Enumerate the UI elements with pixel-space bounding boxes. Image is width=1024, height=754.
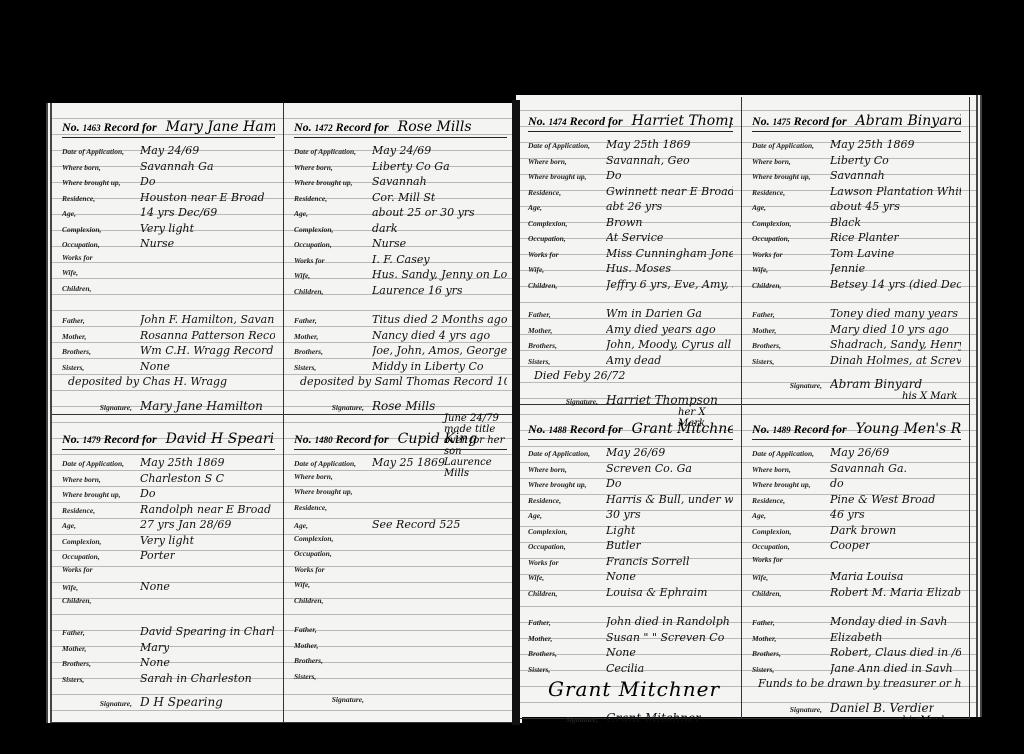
record-prefix: No. (752, 114, 770, 128)
field-label: Signature, (62, 699, 140, 708)
record-card: No. 1488 Record for Grant Mitchner Date … (518, 405, 742, 719)
field-works-for: Works for (294, 565, 507, 581)
field-value: Wm in Darien Ga (606, 307, 702, 320)
field-value: Louisa & Ephraim (606, 586, 707, 599)
field-occupation: Occupation, Rice Planter (752, 231, 961, 247)
field-date: Date of Application, May 24/69 (62, 144, 275, 160)
field-label: Mother, (294, 332, 372, 341)
record-name: Young Men's Relief Association (856, 421, 961, 437)
field-label: Mother, (752, 634, 830, 643)
field-complexion: Complexion, dark (294, 222, 507, 238)
field-value: Butler (606, 539, 641, 552)
field-value: Cor. Mill St (372, 191, 435, 204)
field-label: Father, (752, 618, 830, 627)
field-value: Savannah (372, 175, 427, 188)
field-value: Robert M. Maria Elizabeth (830, 586, 961, 599)
field-wife: Wife, Jennie (752, 262, 961, 278)
field-residence: Residence, Gwinnett near E Broad (528, 185, 733, 201)
field-label: Occupation, (62, 240, 140, 249)
signature-value: Daniel B. Verdier (830, 701, 934, 715)
record-card: No. 1475 Record for Abram Binyard Date o… (742, 97, 970, 405)
field-age: Age, abt 26 yrs (528, 200, 733, 216)
field-value: Pine & West Broad (830, 493, 935, 506)
record-header: No. 1489 Record for Young Men's Relief A… (752, 421, 961, 440)
record-name: Harriet Thompson (632, 113, 733, 129)
field-label: Occupation, (294, 240, 372, 249)
field-label: Wife, (294, 271, 372, 280)
field-value: Monday died in Savh (830, 615, 947, 628)
field-label: Date of Application, (752, 141, 830, 150)
field-age: Age, 27 yrs Jan 28/69 (62, 518, 275, 534)
signature-mark: his X Mark (752, 391, 961, 405)
field-value: Nurse (372, 237, 406, 250)
record-card: No. 1463 Record for Mary Jane Hamilton D… (52, 103, 284, 415)
field-date: Date of Application, May 26/69 (528, 446, 733, 462)
field-wife: Wife, Hus. Moses (528, 262, 733, 278)
field-label: Where born, (294, 472, 372, 481)
field-sisters: Sisters, Sarah in Charleston (62, 672, 275, 688)
field-label: Children, (294, 596, 372, 605)
field-value: Miss Cunningham Jones (606, 247, 733, 260)
field-children: Children, (62, 596, 275, 612)
field-value: None (606, 570, 636, 583)
field-value: Light (606, 524, 635, 537)
record-name: David H Spearing (166, 431, 275, 447)
field-value: Francis Sorrell (606, 555, 690, 568)
field-value: Middy in Liberty Co (372, 360, 483, 373)
field-label: Date of Application, (62, 147, 140, 156)
field-residence: Residence, Harris & Bull, under west (528, 493, 733, 509)
field-value: Titus died 2 Months ago (372, 313, 507, 326)
signature-mark: his Mark Treasurer (752, 715, 961, 729)
field-works-for: Works for (752, 555, 961, 571)
field-label: Complexion, (752, 527, 830, 536)
field-father: Father, Titus died 2 Months ago (294, 313, 507, 329)
field-label: Where born, (752, 157, 830, 166)
field-value: At Service (606, 231, 663, 244)
field-father: Father, (294, 625, 507, 641)
field-value: Nancy died 4 yrs ago (372, 329, 490, 342)
field-label: Sisters, (528, 357, 606, 366)
field-value: None (140, 580, 170, 593)
field-sisters: Sisters, None (62, 360, 275, 376)
record-prefix: No. (294, 120, 312, 134)
field-label: Complexion, (528, 219, 606, 228)
field-label: Age, (528, 203, 606, 212)
field-value: May 26/69 (606, 446, 665, 459)
field-value: Nurse (140, 237, 174, 250)
field-brothers: Brothers, None (62, 656, 275, 672)
field-value: Houston near E Broad (140, 191, 265, 204)
field-value: May 24/69 (140, 144, 199, 157)
signature-value: Mary Jane Hamilton (140, 399, 263, 413)
field-label: Sisters, (294, 672, 372, 681)
record-header: No. 1474 Record for Harriet Thompson (528, 113, 733, 132)
field-sisters: Sisters, Amy dead (528, 354, 733, 370)
record-for-label: Record for (794, 422, 847, 436)
field-label: Brothers, (528, 649, 606, 658)
record-header: No. 1475 Record for Abram Binyard (752, 113, 961, 132)
field-value: Do (606, 477, 621, 490)
field-value: Toney died many years ago (830, 307, 961, 320)
field-value: John died in Randolph Co (606, 615, 733, 628)
field-wife: Wife, Maria Louisa (752, 570, 961, 586)
field-children: Children, Louisa & Ephraim (528, 586, 733, 602)
record-number: 1488 (549, 425, 567, 435)
field-value: Mary died 10 yrs ago (830, 323, 949, 336)
record-for-label: Record for (570, 114, 623, 128)
field-value: May 24/69 (372, 144, 431, 157)
field-age: Age, 30 yrs (528, 508, 733, 524)
field-label: Children, (528, 281, 606, 290)
field-works-for: Works for I. F. Casey (294, 253, 507, 269)
signature-row: Signature, D H Spearing (62, 695, 275, 709)
field-label: Where brought up, (528, 172, 606, 181)
field-complexion: Complexion, (294, 534, 507, 550)
field-label: Sisters, (752, 665, 830, 674)
field-label: Children, (528, 589, 606, 598)
field-mother: Mother, (294, 641, 507, 657)
field-label: Works for (294, 565, 372, 574)
field-born: Where born, (294, 472, 507, 488)
field-value: Betsey 14 yrs (died Dec/69) (830, 278, 961, 291)
field-label: Children, (62, 284, 140, 293)
field-value: Amy dead (606, 354, 661, 367)
record-name: Abram Binyard (856, 113, 961, 129)
field-mother: Mother, Susan " " Screven Co (528, 631, 733, 647)
field-label: Mother, (752, 326, 830, 335)
record-note: Grant Mitchner (528, 677, 733, 703)
record-name: Mary Jane Hamilton (166, 119, 275, 135)
field-label: Brothers, (294, 656, 372, 665)
field-age: Age, See Record 525 (294, 518, 507, 534)
field-label: Age, (294, 209, 372, 218)
field-label: Date of Application, (294, 147, 372, 156)
field-value: Jeffry 6 yrs, Eve, Amy, both dead (606, 278, 733, 291)
field-value: May 26/69 (830, 446, 889, 459)
record-note: Funds to be drawn by treasurer or his or… (752, 677, 961, 693)
field-label: Wife, (528, 265, 606, 274)
field-complexion: Complexion, Very light (62, 534, 275, 550)
field-born: Where born, Savannah Ga. (752, 462, 961, 478)
field-value: Sarah in Charleston (140, 672, 252, 685)
field-value: May 25 1869 (372, 456, 445, 469)
field-value: Hus. Sandy, Jenny on Louisville Rd (372, 268, 507, 281)
record-number: 1463 (83, 123, 101, 133)
field-born: Where born, Savannah Ga (62, 160, 275, 176)
field-born: Where born, Liberty Co Ga (294, 160, 507, 176)
field-label: Works for (62, 565, 140, 574)
field-label: Works for (294, 256, 372, 265)
field-label: Mother, (294, 641, 372, 650)
record-name: Rose Mills (398, 119, 472, 135)
field-born: Where born, Savannah, Geo (528, 154, 733, 170)
field-label: Where brought up, (294, 178, 372, 187)
field-label: Children, (294, 287, 372, 296)
record-prefix: No. (62, 120, 80, 134)
field-brought-up: Where brought up, Savannah (752, 169, 961, 185)
field-residence: Residence, (294, 503, 507, 519)
field-value: Liberty Co Ga (372, 160, 450, 173)
field-value: Rice Planter (830, 231, 899, 244)
field-sisters: Sisters, (294, 672, 507, 688)
field-label: Occupation, (294, 549, 372, 558)
field-label: Sisters, (294, 363, 372, 372)
field-value: dark (372, 222, 398, 235)
field-value: Harris & Bull, under west (606, 493, 733, 506)
field-label: Date of Application, (294, 459, 372, 468)
field-label: Age, (62, 521, 140, 530)
field-father: Father, John F. Hamilton, Savannah (62, 313, 275, 329)
field-value: Rosanna Patterson Record 491 (140, 329, 275, 342)
field-label: Complexion, (62, 225, 140, 234)
field-label: Complexion, (294, 225, 372, 234)
field-label: Works for (752, 250, 830, 259)
field-label: Brothers, (752, 341, 830, 350)
record-for-label: Record for (104, 432, 157, 446)
field-label: Complexion, (528, 527, 606, 536)
field-label: Mother, (528, 326, 606, 335)
signature-value: Rose Mills (372, 399, 435, 413)
field-label: Occupation, (752, 542, 830, 551)
field-mother: Mother, Mary (62, 641, 275, 657)
field-value: Hus. Moses (606, 262, 671, 275)
record-number: 1472 (315, 123, 333, 133)
field-father: Father, John died in Randolph Co (528, 615, 733, 631)
record-for-label: Record for (794, 114, 847, 128)
field-value: Jane Ann died in Savh (830, 662, 953, 675)
field-brought-up: Where brought up, Do (528, 169, 733, 185)
field-value: Savannah Ga (140, 160, 214, 173)
field-sisters: Sisters, Middy in Liberty Co (294, 360, 507, 376)
field-value: Charleston S C (140, 472, 224, 485)
field-residence: Residence, Randolph near E Broad (62, 503, 275, 519)
field-label: Complexion, (294, 534, 372, 543)
field-label: Sisters, (62, 675, 140, 684)
field-label: Where born, (528, 157, 606, 166)
field-label: Children, (752, 281, 830, 290)
field-value: Elizabeth (830, 631, 882, 644)
signature-mark (62, 709, 275, 723)
field-residence: Residence, Houston near E Broad (62, 191, 275, 207)
field-label: Date of Application, (528, 449, 606, 458)
field-value: Very light (140, 534, 194, 547)
field-label: Father, (752, 310, 830, 319)
field-label: Where born, (752, 465, 830, 474)
field-value: None (606, 646, 636, 659)
signature-mark (294, 704, 507, 718)
field-label: Father, (528, 618, 606, 627)
field-value: Do (140, 175, 155, 188)
field-mother: Mother, Elizabeth (752, 631, 961, 647)
field-value: Brown (606, 216, 642, 229)
field-brothers: Brothers, John, Moody, Cyrus all in Savh (528, 338, 733, 354)
field-value: 46 yrs (830, 508, 865, 521)
field-label: Mother, (62, 644, 140, 653)
field-date: Date of Application, May 25th 1869 (752, 138, 961, 154)
field-label: Brothers, (62, 347, 140, 356)
field-value: Randolph near E Broad (140, 503, 271, 516)
field-label: Occupation, (62, 552, 140, 561)
field-label: Children, (62, 596, 140, 605)
signature-value: Grant Mitchner (606, 711, 701, 725)
field-label: Works for (62, 253, 140, 262)
field-label: Date of Application, (62, 459, 140, 468)
field-label: Residence, (752, 188, 830, 197)
field-label: Residence, (752, 496, 830, 505)
field-label: Complexion, (62, 537, 140, 546)
field-label: Father, (62, 316, 140, 325)
field-brothers: Brothers, Shadrach, Sandy, Henry dead (752, 338, 961, 354)
field-date: Date of Application, May 25th 1869 (62, 456, 275, 472)
field-occupation: Occupation, Nurse (62, 237, 275, 253)
field-label: Brothers, (62, 659, 140, 668)
field-label: Age, (528, 511, 606, 520)
field-value: Gwinnett near E Broad (606, 185, 733, 198)
field-value: John, Moody, Cyrus all in Savh (606, 338, 733, 351)
field-value: Jennie (830, 262, 865, 275)
field-label: Mother, (528, 634, 606, 643)
field-label: Where brought up, (62, 490, 140, 499)
field-value: Laurence 16 yrs (372, 284, 463, 297)
field-works-for: Works for (62, 253, 275, 269)
field-wife: Wife, (62, 268, 275, 284)
field-children: Children, Betsey 14 yrs (died Dec/69) (752, 278, 961, 294)
field-value: Mary (140, 641, 169, 654)
record-header: No. 1472 Record for Rose Mills (294, 119, 507, 138)
signature-row: Signature, Rose Mills (294, 399, 507, 413)
field-value: May 25th 1869 (830, 138, 915, 151)
field-value: Do (140, 487, 155, 500)
field-label: Residence, (62, 506, 140, 515)
field-occupation: Occupation, (294, 549, 507, 565)
field-value: John F. Hamilton, Savannah (140, 313, 275, 326)
record-for-label: Record for (336, 120, 389, 134)
field-label: Signature, (528, 715, 606, 724)
record-for-label: Record for (336, 432, 389, 446)
field-brought-up: Where brought up, Savannah (294, 175, 507, 191)
field-label: Where brought up, (752, 480, 830, 489)
field-label: Where brought up, (62, 178, 140, 187)
record-number: 1475 (773, 117, 791, 127)
field-born: Where born, Screven Co. Ga (528, 462, 733, 478)
field-sisters: Sisters, Cecilia (528, 662, 733, 678)
field-label: Brothers, (528, 341, 606, 350)
field-label: Age, (294, 521, 372, 530)
field-value: Shadrach, Sandy, Henry dead (830, 338, 961, 351)
field-value: Cooper (830, 539, 870, 552)
signature-row: Signature, Daniel B. Verdier (752, 701, 961, 715)
field-father: Father, Wm in Darien Ga (528, 307, 733, 323)
field-value: See Record 525 (372, 518, 460, 531)
field-occupation: Occupation, At Service (528, 231, 733, 247)
field-label: Brothers, (752, 649, 830, 658)
field-father: Father, David Spearing in Charleston (62, 625, 275, 641)
field-residence: Residence, Lawson Plantation White Hill … (752, 185, 961, 201)
field-age: Age, about 45 yrs (752, 200, 961, 216)
field-value: Maria Louisa (830, 570, 903, 583)
field-label: Occupation, (528, 234, 606, 243)
record-prefix: No. (294, 432, 312, 446)
field-label: Works for (528, 250, 606, 259)
field-mother: Mother, Mary died 10 yrs ago (752, 323, 961, 339)
field-label: Where brought up, (752, 172, 830, 181)
signature-row: Signature, (294, 695, 507, 704)
record-card: No. 1479 Record for David H Spearing Dat… (52, 415, 284, 723)
field-label: Date of Application, (528, 141, 606, 150)
field-label: Brothers, (294, 347, 372, 356)
field-value: Savannah, Geo (606, 154, 690, 167)
field-value: abt 26 yrs (606, 200, 662, 213)
field-works-for: Works for Francis Sorrell (528, 555, 733, 571)
field-value: None (140, 360, 170, 373)
record-prefix: No. (528, 422, 546, 436)
record-prefix: No. (528, 114, 546, 128)
field-wife: Wife, (294, 580, 507, 596)
field-value: David Spearing in Charleston (140, 625, 275, 638)
record-card: No. 1480 Record for Cupid King Date of A… (284, 415, 516, 723)
field-label: Occupation, (528, 542, 606, 551)
field-value: do (830, 477, 844, 490)
record-prefix: No. (62, 432, 80, 446)
record-note: Died Feby 26/72 (528, 369, 733, 385)
signature-value: Abram Binyard (830, 377, 922, 391)
field-label: Residence, (528, 496, 606, 505)
field-label: Wife, (528, 573, 606, 582)
record-name: Grant Mitchner (632, 421, 733, 437)
field-value: about 45 yrs (830, 200, 900, 213)
field-children: Children, (294, 596, 507, 612)
record-for-label: Record for (570, 422, 623, 436)
field-children: Children, (62, 284, 275, 300)
record-number: 1489 (773, 425, 791, 435)
field-label: Age, (752, 203, 830, 212)
field-value: May 25th 1869 (606, 138, 691, 151)
signature-mark: his X Mark (528, 725, 733, 739)
record-header: No. 1479 Record for David H Spearing (62, 431, 275, 450)
field-label: Sisters, (62, 363, 140, 372)
field-occupation: Occupation, Porter (62, 549, 275, 565)
field-label: Where born, (62, 475, 140, 484)
field-born: Where born, Liberty Co (752, 154, 961, 170)
field-age: Age, about 25 or 30 yrs (294, 206, 507, 222)
field-sisters: Sisters, Dinah Holmes, at Screven's Ferr… (752, 354, 961, 370)
field-label: Where brought up, (528, 480, 606, 489)
field-works-for: Works for Miss Cunningham Jones (528, 247, 733, 263)
field-brought-up: Where brought up, Do (62, 175, 275, 191)
field-value: Dark brown (830, 524, 896, 537)
field-value: Porter (140, 549, 175, 562)
field-label: Complexion, (752, 219, 830, 228)
field-label: Father, (294, 625, 372, 634)
book-gutter (512, 100, 520, 725)
field-label: Signature, (752, 705, 830, 714)
field-label: Wife, (752, 573, 830, 582)
field-label: Father, (528, 310, 606, 319)
field-age: Age, 46 yrs (752, 508, 961, 524)
record-card: No. 1489 Record for Young Men's Relief A… (742, 405, 970, 719)
field-label: Wife, (752, 265, 830, 274)
field-value: Black (830, 216, 861, 229)
field-value: Savannah (830, 169, 885, 182)
field-children: Children, Jeffry 6 yrs, Eve, Amy, both d… (528, 278, 733, 294)
field-mother: Mother, Amy died years ago (528, 323, 733, 339)
field-occupation: Occupation, Nurse (294, 237, 507, 253)
field-wife: Wife, Hus. Sandy, Jenny on Louisville Rd (294, 268, 507, 284)
field-father: Father, Toney died many years ago (752, 307, 961, 323)
record-number: 1480 (315, 435, 333, 445)
field-value: Joe, John, Amos, George, all in Liberty … (372, 344, 507, 357)
